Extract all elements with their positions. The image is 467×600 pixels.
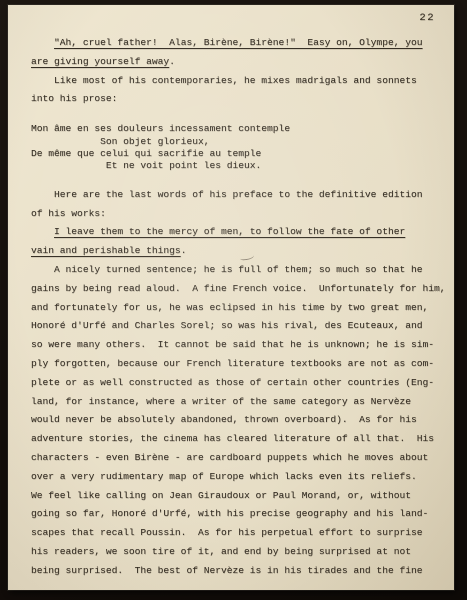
typescript-line: into his prose: (31, 90, 446, 109)
text-segment: De même que celui qui sacrifie au temple (31, 148, 261, 159)
typescript-line: going so far, Honoré d'Urfé, with his pr… (31, 505, 446, 524)
commentary: A nicely turned sentence; he is full of … (31, 261, 446, 581)
text-segment: . (181, 245, 187, 256)
text-segment: being surprised. The best of Nervèze is … (31, 565, 423, 576)
typescript-line: plete or as well constructed as those of… (31, 374, 446, 393)
madrigals-note: Like most of his contemporaries, he mixe… (31, 72, 446, 110)
typescript-line: characters - even Birène - are cardboard… (31, 449, 446, 468)
text-segment: so were many others. It cannot be said t… (31, 339, 434, 350)
typescript-line: ply forgotten, because our French litera… (31, 355, 446, 374)
text-segment: I leave them to the mercy of men, to fol… (54, 226, 405, 237)
text-segment: would never be absolutely abandoned, thr… (31, 414, 417, 425)
text-segment: gains by being read aloud. A fine French… (31, 283, 446, 294)
typescript-line: vain and perishable things. (31, 242, 446, 261)
text-segment: ply forgotten, because our French litera… (31, 358, 434, 369)
typescript-line: so were many others. It cannot be said t… (31, 336, 446, 355)
typescript-line: Here are the last words of his preface t… (31, 186, 446, 205)
text-segment (31, 37, 54, 48)
preface-intro: Here are the last words of his preface t… (31, 186, 446, 224)
text-segment: plete or as well constructed as those of… (31, 377, 434, 388)
text-segment: Honoré d'Urfé and Charles Sorel; so was … (31, 320, 423, 331)
text-segment: scapes that recall Poussin. As for his p… (31, 527, 423, 538)
typescript-line: De même que celui qui sacrifie au temple (31, 148, 446, 160)
text-segment: We feel like calling on Jean Giraudoux o… (31, 490, 411, 501)
typescript-line: his readers, we soon tire of it, and end… (31, 543, 446, 562)
typescript-line: over a very rudimentary map of Europe wh… (31, 468, 446, 487)
french-verse: Mon âme en ses douleurs incessament cont… (31, 123, 446, 173)
text-segment: Mon âme en ses douleurs incessament cont… (31, 123, 290, 134)
typescript-line: We feel like calling on Jean Giraudoux o… (31, 487, 446, 506)
quoted-exclamation: "Ah, cruel father! Alas, Birène, Birène!… (31, 34, 446, 72)
text-segment: over a very rudimentary map of Europe wh… (31, 471, 417, 482)
text-segment: characters - even Birène - are cardboard… (31, 452, 428, 463)
page-number: 22 (419, 12, 435, 24)
typescript-line: scapes that recall Poussin. As for his p… (31, 524, 446, 543)
typescript-line: adventure stories, the cinema has cleare… (31, 430, 446, 449)
text-segment: Like most of his contemporaries, he mixe… (31, 75, 417, 86)
text-segment: and fortunately for us, he was eclipsed … (31, 302, 428, 313)
text-segment: "Ah, cruel father! Alas, Birène, Birène!… (54, 37, 422, 48)
text-segment: into his prose: (31, 93, 117, 104)
typescript-line: Like most of his contemporaries, he mixe… (31, 72, 446, 91)
typescript-line: gains by being read aloud. A fine French… (31, 280, 446, 299)
typescript-line: I leave them to the mercy of men, to fol… (31, 223, 446, 242)
text-segment: land, for instance, where a writer of th… (31, 396, 411, 407)
text-segment: of his works: (31, 208, 106, 219)
typescript-line: would never be absolutely abandoned, thr… (31, 411, 446, 430)
typescript-body: "Ah, cruel father! Alas, Birène, Birène!… (31, 34, 446, 580)
typescript-line: being surprised. The best of Nervèze is … (31, 562, 446, 581)
text-segment: are giving yourself away (31, 56, 169, 67)
text-segment: Et ne voit point les dieux. (31, 160, 261, 171)
typescript-line: "Ah, cruel father! Alas, Birène, Birène!… (31, 34, 446, 53)
typescript-line: are giving yourself away. (31, 53, 446, 72)
typescript-line: Honoré d'Urfé and Charles Sorel; so was … (31, 317, 446, 336)
typescript-line: Son objet glorieux, (31, 136, 446, 148)
preface-quote: I leave them to the mercy of men, to fol… (31, 223, 446, 261)
typescript-line: and fortunately for us, he was eclipsed … (31, 299, 446, 318)
typescript-line: Mon âme en ses douleurs incessament cont… (31, 123, 446, 135)
typescript-line: Et ne voit point les dieux. (31, 160, 446, 172)
text-segment: Son objet glorieux, (31, 136, 209, 147)
typescript-line: of his works: (31, 205, 446, 224)
manuscript-paper: 22 "Ah, cruel father! Alas, Birène, Birè… (8, 5, 454, 590)
text-segment: vain and perishable things (31, 245, 181, 256)
text-segment: A nicely turned sentence; he is full of … (31, 264, 423, 275)
text-segment: adventure stories, the cinema has cleare… (31, 433, 434, 444)
text-segment: . (169, 56, 175, 67)
text-segment: going so far, Honoré d'Urfé, with his pr… (31, 508, 428, 519)
photo-background: 22 "Ah, cruel father! Alas, Birène, Birè… (0, 0, 467, 600)
text-segment: his readers, we soon tire of it, and end… (31, 546, 411, 557)
text-segment: Here are the last words of his preface t… (31, 189, 423, 200)
typescript-line: A nicely turned sentence; he is full of … (31, 261, 446, 280)
text-segment (31, 226, 54, 237)
typescript-line: land, for instance, where a writer of th… (31, 393, 446, 412)
